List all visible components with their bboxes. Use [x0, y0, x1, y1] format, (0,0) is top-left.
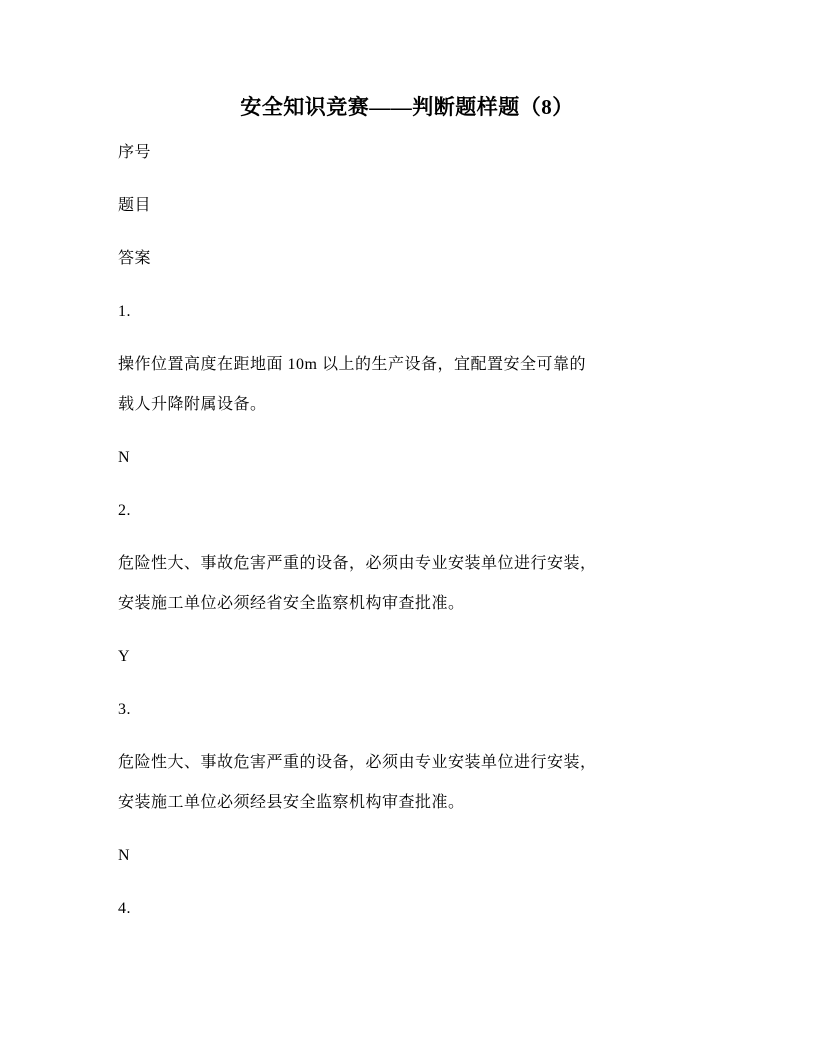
question-3-text: 危险性大、事故危害严重的设备，必须由专业安装单位进行安装， 安装施工单位必须经县…	[118, 743, 696, 823]
question-3-answer: N	[118, 836, 696, 876]
question-2-number: 2.	[118, 491, 696, 531]
question-3-number: 3.	[118, 690, 696, 730]
question-1-number: 1.	[118, 292, 696, 332]
question-3-text-line-2: 安装施工单位必须经县安全监察机构审查批准。	[118, 783, 696, 823]
question-2-text-line-1: 危险性大、事故危害严重的设备，必须由专业安装单位进行安装，	[118, 544, 696, 584]
column-label-answer: 答案	[118, 239, 696, 279]
column-label-question: 题目	[118, 186, 696, 226]
column-label-number: 序号	[118, 133, 696, 173]
question-2-answer: Y	[118, 637, 696, 677]
document-title: 安全知识竞赛——判断题样题（8）	[118, 94, 696, 120]
question-3-text-line-1: 危险性大、事故危害严重的设备，必须由专业安装单位进行安装，	[118, 743, 696, 783]
question-2-text-line-2: 安装施工单位必须经省安全监察机构审查批准。	[118, 584, 696, 624]
question-1-text-line-1: 操作位置高度在距地面 10m 以上的生产设备，宜配置安全可靠的	[118, 345, 696, 385]
question-1-text-line-2: 载人升降附属设备。	[118, 385, 696, 425]
question-2-text: 危险性大、事故危害严重的设备，必须由专业安装单位进行安装， 安装施工单位必须经省…	[118, 544, 696, 624]
question-4-number: 4.	[118, 889, 696, 929]
question-1-answer: N	[118, 438, 696, 478]
document-page: 安全知识竞赛——判断题样题（8） 序号 题目 答案 1. 操作位置高度在距地面 …	[0, 0, 816, 1056]
question-1-text: 操作位置高度在距地面 10m 以上的生产设备，宜配置安全可靠的 载人升降附属设备…	[118, 345, 696, 425]
